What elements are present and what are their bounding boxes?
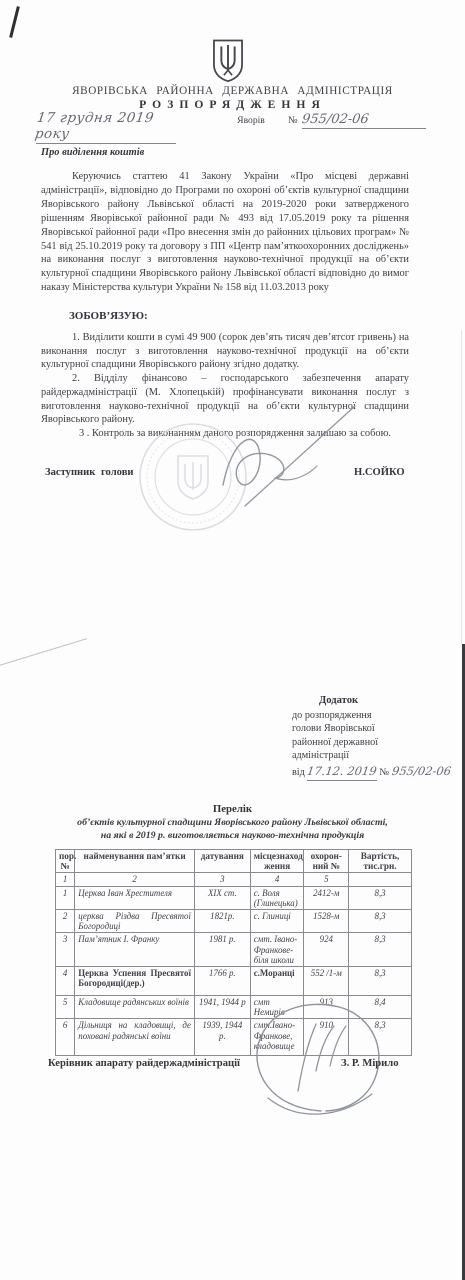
table-colnum-cell: 1 xyxy=(56,873,75,886)
table-header-cell: найменування пам’ятки xyxy=(75,850,195,873)
table-cell: 2 xyxy=(56,910,75,933)
annex-line-3: районної державної xyxy=(292,736,460,750)
annex-line-2: голови Яворівської xyxy=(292,722,460,736)
table-cell: 1528-м xyxy=(304,910,349,933)
table-header-cell: датування xyxy=(194,850,250,873)
scan-artifact-corner-mark xyxy=(9,6,20,38)
table-header-cell: місцезнаход ження xyxy=(250,850,304,873)
deputy-head-signature xyxy=(205,400,365,520)
annex-number-sign-label: № xyxy=(379,767,389,778)
annex-date-number-line: від 17.12. 2019 № 955/02-06 xyxy=(292,765,460,781)
handwritten-number-field: 955/02-06 xyxy=(302,110,426,129)
table-cell: 8,3 xyxy=(349,933,412,967)
table-cell: с. Воля (Глинецька) xyxy=(250,886,304,909)
table-cell: XIX ст. xyxy=(194,886,250,909)
table-cell: 2412-м xyxy=(304,886,349,909)
table-cell: 1821р. xyxy=(194,910,250,933)
table-row: 3 Пам’ятник І. Франку 1981 р. смт. Івано… xyxy=(56,933,412,967)
table-cell: Пам’ятник І. Франку xyxy=(75,933,195,967)
order-heading: ЗОБОВ’ЯЗУЮ: xyxy=(69,310,148,322)
annex-handwritten-number: 955/02-06 xyxy=(391,765,452,779)
table-cell: 1941, 1944 р xyxy=(194,996,250,1019)
table-colnum-cell: 5 xyxy=(304,873,349,886)
number-sign-label: № xyxy=(288,115,298,126)
annex-line-1: до розпорядження xyxy=(292,709,460,723)
table-header-cell: пор. № xyxy=(56,850,75,873)
date-number-line: 17 грудня 2019 року Яворів № 955/02-06 xyxy=(36,110,429,130)
table-cell: 6 xyxy=(56,1019,75,1056)
table-cell: 1939, 1944 р. xyxy=(194,1019,250,1056)
ukraine-trident-emblem-icon xyxy=(211,38,245,88)
table-cell: Кладовище радянських воїнів xyxy=(75,996,195,1019)
table-cell: 8,3 xyxy=(349,886,412,909)
table-cell: 1 xyxy=(56,886,75,909)
table-colnum-cell: 2 xyxy=(75,873,195,886)
list-subtitle-line-1: об’єктів культурної спадщини Яворівськог… xyxy=(0,817,465,828)
table-cell: 8,3 xyxy=(349,967,412,996)
table-colnum-cell xyxy=(349,873,412,886)
document-number-field: № 955/02-06 xyxy=(288,110,426,129)
table-cell: Церква Іван Хрестителя xyxy=(75,886,195,909)
scan-artifact-page-corner xyxy=(0,638,87,667)
from-label: від xyxy=(292,767,305,778)
table-cell: 4 xyxy=(56,967,75,996)
table-cell: 1981 р. xyxy=(194,933,250,967)
table-cell: 1766 р. xyxy=(194,967,250,996)
table-row: 1 Церква Іван Хрестителя XIX ст. с. Воля… xyxy=(56,886,412,909)
list-subtitle-line-2: на які в 2019 р. виготовляється науково-… xyxy=(0,830,465,841)
handwritten-date-field: 17 грудня 2019 року xyxy=(36,110,176,144)
table-header-cell: охорон- ний № xyxy=(304,850,349,873)
list-title: Перелік xyxy=(0,803,465,815)
table-header-row: пор. № найменування пам’ятки датування м… xyxy=(56,850,412,873)
table-cell: 8,3 xyxy=(349,910,412,933)
table-cell: 552 /1-м xyxy=(304,967,349,996)
signer-name: Н.СОЙКО xyxy=(354,467,405,478)
footer-signer-name: З. Р. Мірило xyxy=(341,1058,399,1069)
table-cell: 924 xyxy=(304,933,349,967)
table-cell: Дільниця на кладовищі, де поховані радян… xyxy=(75,1019,195,1056)
table-colnum-cell: 4 xyxy=(250,873,304,886)
table-column-numbers-row: 1 2 3 4 5 xyxy=(56,873,412,886)
table-cell: с.Моранці xyxy=(250,967,304,996)
annex-handwritten-date: 17.12. 2019 xyxy=(306,765,377,779)
scan-artifact-page-edge-faint xyxy=(461,330,462,645)
scanned-document: ЯВОРІВСЬКА РАЙОННА ДЕРЖАВНА АДМІНІСТРАЦІ… xyxy=(0,0,465,1280)
preamble-paragraph: Керуючись статтею 41 Закону України «Про… xyxy=(41,170,409,295)
organization-name: ЯВОРІВСЬКА РАЙОННА ДЕРЖАВНА АДМІНІСТРАЦІ… xyxy=(0,85,465,97)
annex-reference-block: Додаток до розпорядження голови Яворівсь… xyxy=(292,694,460,781)
table-row: 4 Церква Успення Пресвятої Богородиці(де… xyxy=(56,967,412,996)
table-colnum-cell: 3 xyxy=(194,873,250,886)
table-row: 2 церква Різдва Пресвятої Богородиці 182… xyxy=(56,910,412,933)
signer-title: Заступник голови xyxy=(45,467,134,478)
table-header-cell: Вартість, тис.грн. xyxy=(349,850,412,873)
annex-line-4: адміністрації xyxy=(292,749,460,763)
annex-handwritten-date-field: 17.12. 2019 xyxy=(307,765,377,781)
handwritten-number: 955/02-06 xyxy=(300,112,414,127)
table-cell: церква Різдва Пресвятої Богородиці xyxy=(75,910,195,933)
table-cell: 5 xyxy=(56,996,75,1019)
table-cell: 3 xyxy=(56,933,75,967)
annex-title: Додаток xyxy=(319,694,460,708)
table-cell: Церква Успення Пресвятої Богородиці(дер.… xyxy=(75,967,195,996)
table-cell: с. Глиниці xyxy=(250,910,304,933)
table-cell: смт. Івано-Франкове- біля школи xyxy=(250,933,304,967)
order-item-1: 1. Виділити кошти в сумі 49 900 (сорок д… xyxy=(41,331,409,372)
footer-signer-title: Керівник апарату райдержадміністрації xyxy=(48,1058,240,1069)
document-subject: Про виділення коштів xyxy=(41,147,144,158)
handwritten-date: 17 грудня 2019 року xyxy=(34,110,178,142)
